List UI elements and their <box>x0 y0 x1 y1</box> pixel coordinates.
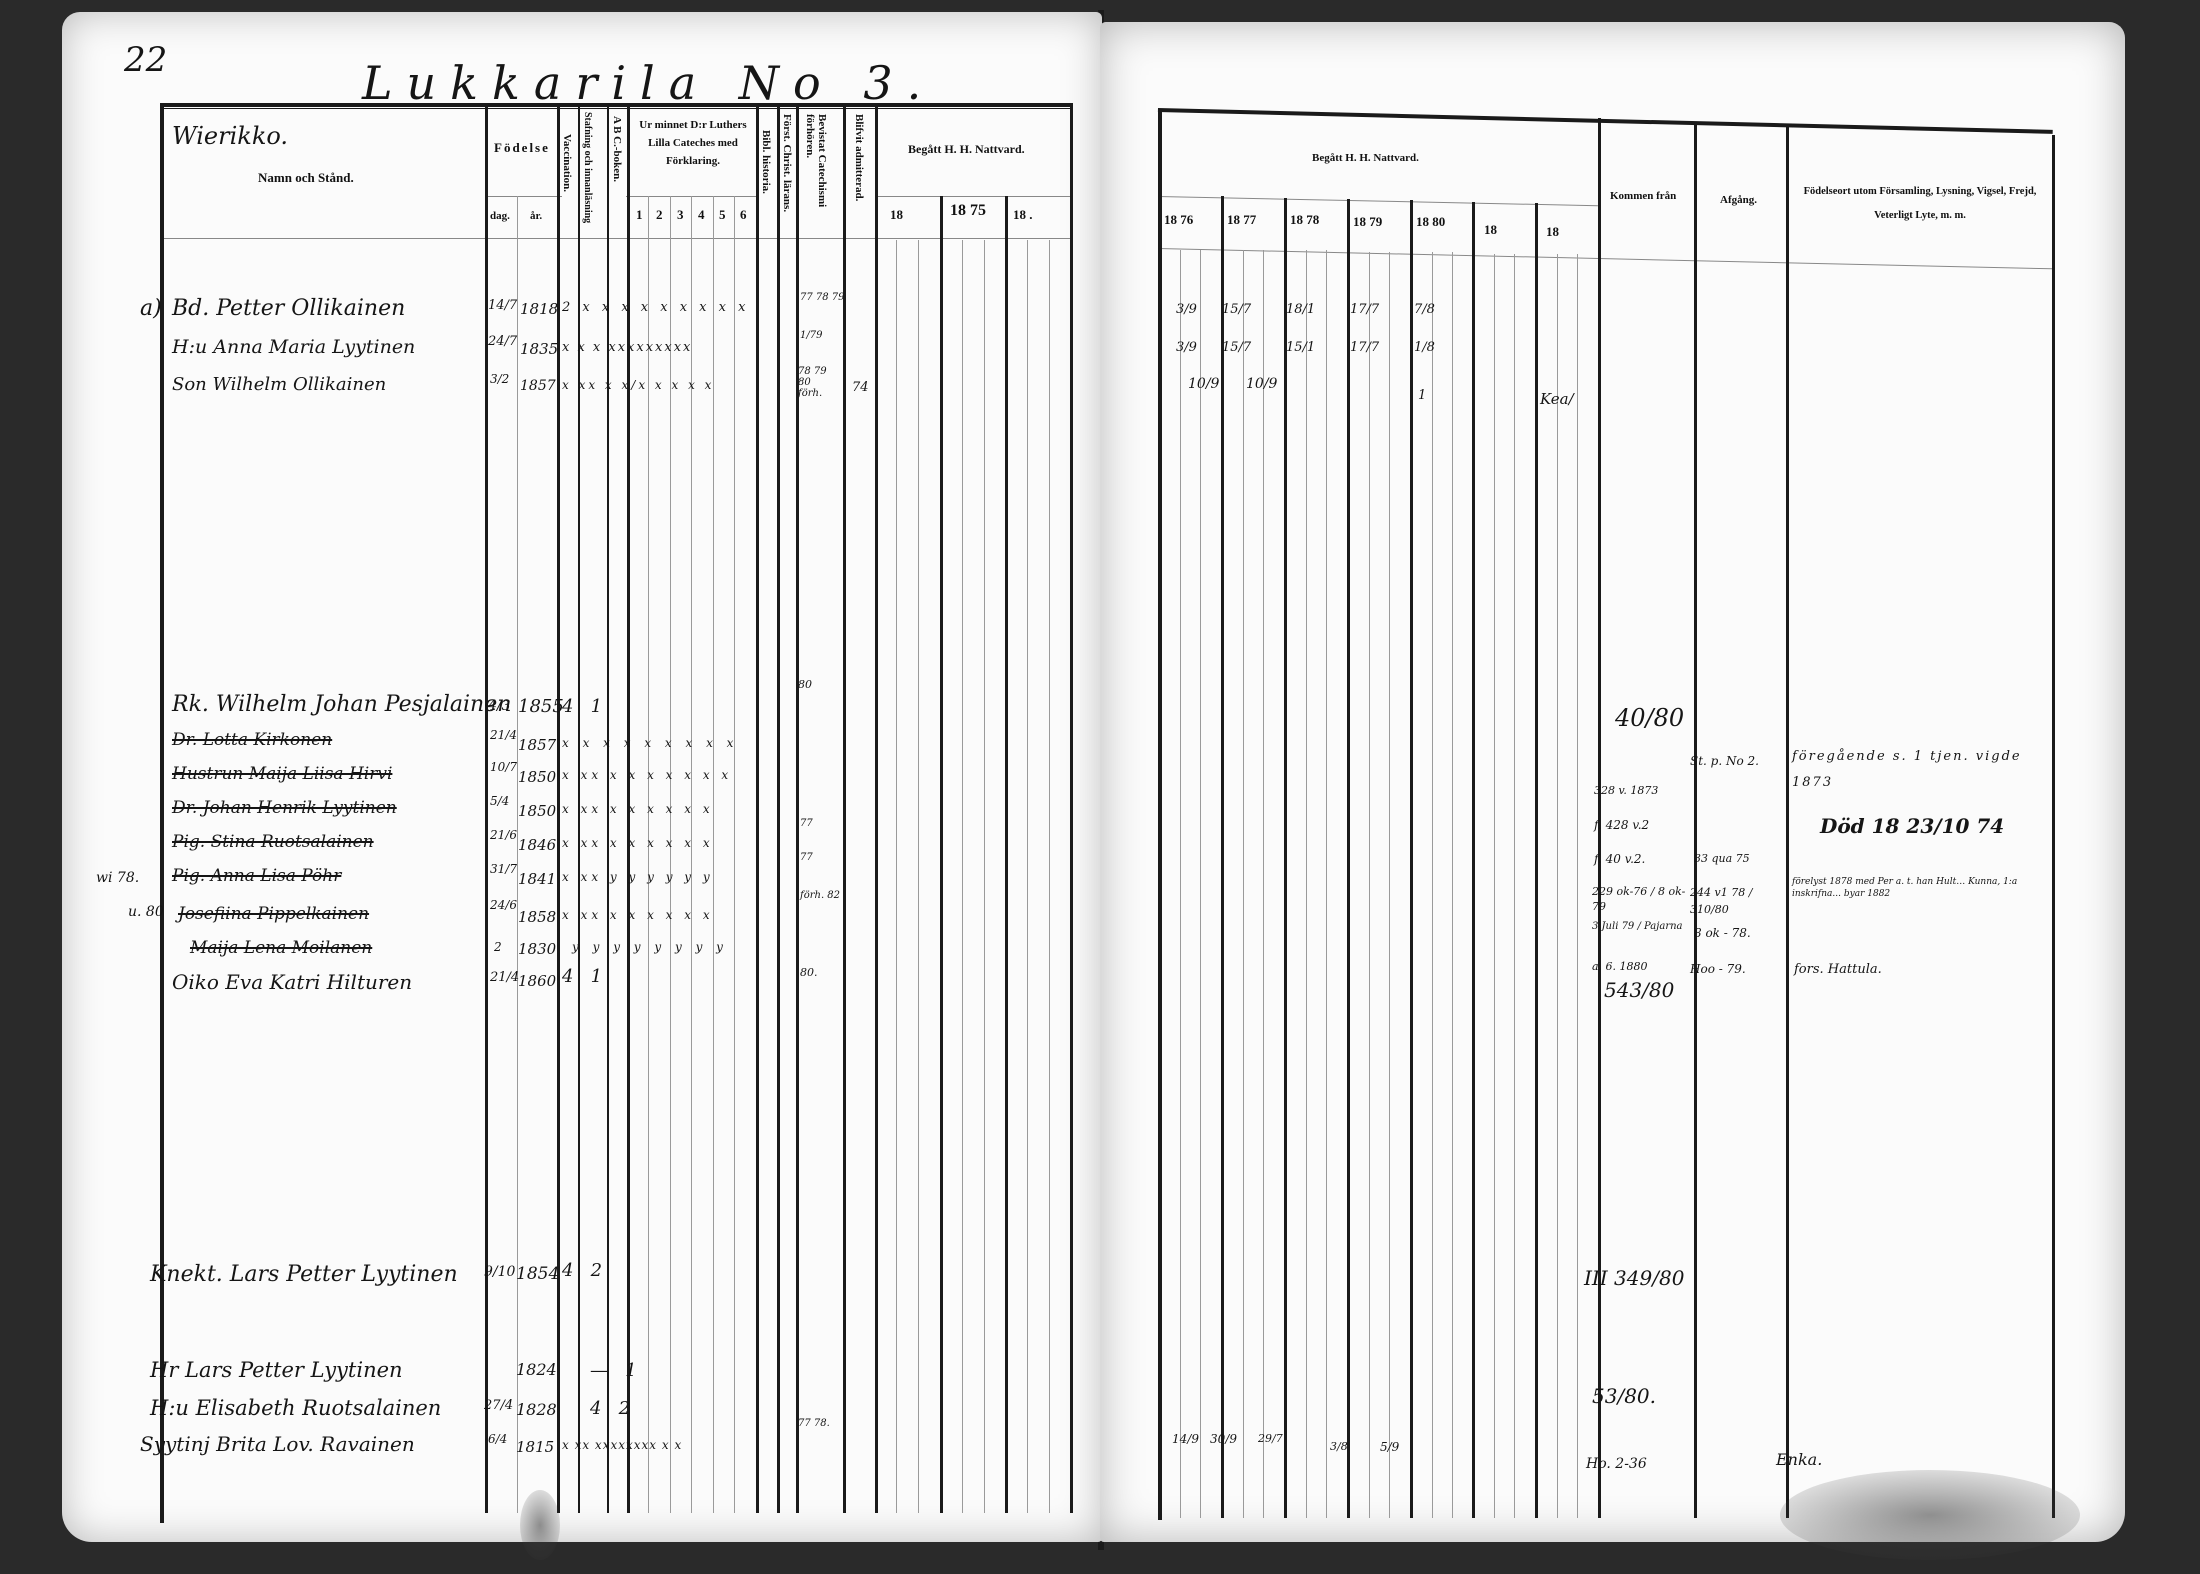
header-cat-col-1: 1 <box>636 207 643 223</box>
right-col-rule <box>1694 122 1697 1518</box>
header-admitted: Blifvit admitterad. <box>853 114 865 201</box>
left-thin-rule <box>648 196 649 1513</box>
left-col-rule <box>796 103 799 1513</box>
header-birth-year: år. <box>530 210 542 222</box>
entry-marks: x x x x x x x x x <box>562 736 738 750</box>
entry-birth-day: 6/4 <box>488 1432 507 1446</box>
right-col-rule <box>2052 135 2055 1518</box>
entry-margin-note: u. 80 <box>128 904 164 920</box>
entry-marks: — 1 <box>590 1360 637 1381</box>
communion-1879: 17/7 <box>1350 302 1379 317</box>
right-thin-rule <box>1306 250 1307 1518</box>
entry-birth-year: 1854 <box>516 1264 559 1284</box>
entry-name-struck: Pig. Anna Lisa Pöhr <box>172 866 341 886</box>
communion-1879: 17/7 <box>1350 340 1379 355</box>
entry-birth-year: 1841 <box>518 870 556 888</box>
right-thin-rule <box>1514 254 1515 1518</box>
right-thin-rule <box>1452 252 1453 1518</box>
entry-bevistat: 80. <box>800 966 818 979</box>
header-birth: Födelse <box>494 140 550 156</box>
entry-remarks: förelyst 1878 med Per a. t. han Hult… Ku… <box>1792 876 2050 900</box>
page-number: 22 <box>124 40 167 80</box>
entry-marks: x x x xxxxxxxxx <box>562 340 692 355</box>
entry-bevistat: 78 79 80 förh. <box>798 366 838 399</box>
entry-came-from: 543/80 <box>1604 978 1674 1002</box>
communion-1878: 15/1 <box>1286 340 1315 355</box>
communion-1877: 15/7 <box>1222 302 1251 317</box>
header-cat-col-2: 2 <box>656 207 663 223</box>
communion-1877: 10/9 <box>1246 376 1277 392</box>
entry-margin-note: a) <box>140 296 162 321</box>
entry-remarks: fors. Hattula. <box>1794 962 1882 977</box>
entry-birth-day: 14/7 <box>488 298 517 313</box>
right-thin-rule <box>1200 250 1201 1518</box>
entry-name-struck: Dr. Johan Henrik Lyytinen <box>172 798 397 818</box>
communion-1878: 18/1 <box>1286 302 1315 317</box>
entry-margin-note: wi 78. <box>96 870 139 886</box>
right-thin-rule <box>1389 252 1390 1518</box>
entry-birth-year: 1815 <box>516 1438 554 1456</box>
communion-1880: 5/9 <box>1380 1440 1399 1454</box>
entry-birth-day: 10/7 <box>490 760 517 774</box>
header-catechism: Ur minnet D:r Luthers Lilla Cateches med… <box>632 116 754 170</box>
left-thin-rule <box>517 196 518 1513</box>
entry-name-struck: Josefiina Pippelkainen <box>178 904 369 924</box>
communion-subheader-rule <box>876 196 1072 197</box>
village-title: Lukkarila No 3. <box>362 56 935 110</box>
entry-birth-year: 1857 <box>518 736 556 754</box>
birth-subheader-rule <box>486 196 562 197</box>
left-col-rule <box>843 103 846 1513</box>
entry-came-from: 53/80. <box>1592 1384 1656 1408</box>
header-vaccination: Vaccination. <box>561 134 573 192</box>
header-cat-col-4: 4 <box>698 207 705 223</box>
left-header-bottom <box>160 238 1072 239</box>
header-came-from: Kommen från <box>1610 190 1676 202</box>
communion-1879: 3/8 <box>1330 1440 1348 1453</box>
right-thin-rule <box>1494 254 1495 1518</box>
left-thin-rule <box>713 196 714 1513</box>
entry-marks: 4 2 <box>562 1260 602 1281</box>
right-col-rule <box>1535 203 1538 1518</box>
entry-birth-year: 1846 <box>518 836 556 854</box>
right-thin-rule <box>1263 250 1264 1518</box>
header-year-1877: 18 77 <box>1227 212 1256 228</box>
right-thin-rule <box>1180 250 1181 1518</box>
entry-name: Oiko Eva Katri Hilturen <box>172 970 412 994</box>
entry-birth-day: 2 <box>494 940 502 954</box>
entry-birth-year: 1824 <box>516 1360 557 1379</box>
communion-1876: 14/9 <box>1172 1432 1199 1446</box>
entry-departure: 8 ok - 78. <box>1694 926 1751 940</box>
header-spelling: Stafning och innanläsning <box>582 112 593 232</box>
entry-bevistat: 1/79 <box>800 330 822 341</box>
left-thin-rule <box>670 196 671 1513</box>
header-birth-day: dag. <box>490 210 510 222</box>
left-col-rule <box>485 103 488 1513</box>
communion-1880: 1/8 <box>1414 340 1435 355</box>
left-col-rule <box>1070 103 1073 1513</box>
entry-bevistat: 77 78. <box>798 1418 830 1429</box>
entry-birth-day: 24/7 <box>488 334 517 349</box>
entry-came-from: f. 40 v.2. <box>1594 852 1645 866</box>
left-thin-rule <box>1049 240 1050 1513</box>
entry-admitted: 74 <box>852 380 869 395</box>
entry-birth-day: 21/4 <box>490 970 519 985</box>
entry-birth-day: 3/2 <box>490 372 509 386</box>
entry-marks: x xx y y y y y y <box>562 870 714 884</box>
communion-1880: 7/8 <box>1414 302 1435 317</box>
entry-came-from: III 349/80 <box>1584 1266 1684 1290</box>
entry-departure: Kea/ <box>1540 390 1574 408</box>
entry-departure: Hoo - 79. <box>1690 962 1746 976</box>
entry-marks: x xx x x x x x x <box>562 802 714 816</box>
header-communion-right: Begått H. H. Nattvard. <box>1312 152 1419 164</box>
left-top-rule-2 <box>160 108 1072 109</box>
header-catechism-hearing: Bevistat Catechismi förhören. <box>804 114 828 234</box>
entry-name-struck: Hustrun Maija Liisa Hirvi <box>172 764 392 784</box>
entry-birth-year: 1850 <box>518 768 556 786</box>
entry-birth-day: 9/10 <box>484 1264 515 1280</box>
header-cat-col-5: 5 <box>719 207 726 223</box>
entry-birth-year: 1850 <box>518 802 556 820</box>
entry-name-struck: Pig. Stina Ruotsalainen <box>172 832 374 852</box>
right-thin-rule <box>1577 254 1578 1518</box>
entry-birth-year: 1860 <box>518 972 556 990</box>
header-year-3: 18 . <box>1013 207 1033 223</box>
entry-bevistat: 77 <box>800 818 813 829</box>
communion-1876: 3/9 <box>1176 302 1197 317</box>
entry-departure: 244 v1 78 / 310/80 <box>1690 884 1782 918</box>
entry-name: H:u Anna Maria Lyytinen <box>172 336 415 358</box>
entry-marks: x xx x x/x x x x x <box>562 378 714 392</box>
entry-came-from: 3 Juli 79 / Pajarna <box>1592 920 1688 934</box>
entry-marks: y y y y y y y y <box>572 940 728 954</box>
communion-1878: 29/7 <box>1258 1432 1283 1445</box>
left-thin-rule <box>896 240 897 1513</box>
entry-came-from: 328 v. 1873 <box>1594 784 1658 797</box>
left-col-rule <box>940 196 943 1513</box>
communion-1880: 1 <box>1418 388 1426 403</box>
right-col-rule <box>1472 202 1475 1518</box>
right-thin-rule <box>1432 252 1433 1518</box>
right-col-rule <box>1410 200 1413 1518</box>
entry-marks: 4 1 <box>562 966 602 987</box>
entry-name: Knekt. Lars Petter Lyytinen <box>150 1262 458 1287</box>
entry-departure: St. p. No 2. <box>1690 754 1759 768</box>
header-remarks: Födelseort utom Församling, Lysning, Vig… <box>1792 180 2048 228</box>
left-thin-rule <box>984 240 985 1513</box>
left-thin-rule <box>1027 240 1028 1513</box>
communion-1876: 10/9 <box>1188 376 1219 392</box>
entry-came-from: Ho. 2-36 <box>1586 1456 1647 1472</box>
right-thin-rule <box>1326 250 1327 1518</box>
entry-name-struck: Maija Lena Moilanen <box>190 938 372 958</box>
header-name-and-status: Namn och Stånd. <box>258 170 354 186</box>
entry-marks: 4 1 <box>562 696 602 717</box>
header-year-1878: 18 78 <box>1290 212 1319 228</box>
entry-birth-year: 1828 <box>516 1400 557 1419</box>
entry-marks: 4 2 <box>590 1398 630 1419</box>
left-col-rule <box>777 103 780 1513</box>
entry-birth-year: 1857 <box>520 378 556 394</box>
entry-birth-day: 21/6 <box>490 828 517 842</box>
communion-1876: 3/9 <box>1176 340 1197 355</box>
right-thin-rule <box>1243 250 1244 1518</box>
header-year-1879: 18 79 <box>1353 214 1382 230</box>
entry-marks: x xx xxxxxxxx x x <box>562 1438 682 1452</box>
header-christian-doctrine: Först. Christ. lärans. <box>781 114 793 212</box>
header-year-1875: 18 75 <box>950 202 986 220</box>
left-col-rule <box>875 103 878 1513</box>
entry-remarks: Enka. <box>1776 1450 1822 1469</box>
entry-name: Syytinj Brita Lov. Ravainen <box>140 1432 415 1456</box>
left-col-rule <box>1005 196 1008 1513</box>
entry-came-from: f. 428 v.2 <box>1594 818 1649 832</box>
right-col-rule <box>1786 126 1789 1518</box>
left-thin-rule <box>918 240 919 1513</box>
entry-came-from: a. 6. 1880 <box>1592 960 1648 973</box>
communion-1877: 30/9 <box>1210 1432 1237 1446</box>
entry-birth-day: 27/4 <box>484 1398 513 1413</box>
scan-smudge <box>520 1490 560 1560</box>
entry-name-struck: Dr. Lotta Kirkonen <box>172 730 332 750</box>
header-communion-left: Begått H. H. Nattvard. <box>908 142 1025 157</box>
entry-birth-day: 21/4 <box>490 728 517 742</box>
village-note: Wierikko. <box>172 122 288 150</box>
header-departure: Afgång. <box>1720 194 1757 206</box>
right-thin-rule <box>1369 252 1370 1518</box>
left-thin-rule <box>962 240 963 1513</box>
entry-birth-year: 1835 <box>520 340 558 358</box>
entry-birth-year: 1818 <box>520 300 558 318</box>
left-thin-rule <box>734 196 735 1513</box>
header-bible-history: Bibl. historia. <box>760 130 772 194</box>
entry-departure: 33 qua 75 <box>1694 852 1750 865</box>
entry-name: H:u Elisabeth Ruotsalainen <box>150 1396 441 1420</box>
entry-bevistat: förh. 82 <box>800 890 840 901</box>
header-year-blank-1: 18 <box>1484 222 1497 238</box>
right-col-rule <box>1158 110 1162 1520</box>
entry-bevistat: 80 <box>798 678 812 691</box>
header-year-1880: 18 80 <box>1416 214 1445 230</box>
entry-birth-day: 4/3 <box>488 698 511 714</box>
left-top-rule <box>160 103 1072 107</box>
entry-marks: x xx x x x x x x <box>562 836 714 850</box>
right-col-rule <box>1221 196 1224 1518</box>
entry-name: Son Wilhelm Ollikainen <box>172 374 386 395</box>
right-col-rule <box>1347 199 1350 1518</box>
entry-name: Hr Lars Petter Lyytinen <box>150 1358 403 1382</box>
scan-smudge <box>1780 1470 2080 1560</box>
entry-came-from: 40/80 <box>1615 704 1684 732</box>
right-thin-rule <box>1557 254 1558 1518</box>
entry-name: Bd. Petter Ollikainen <box>172 296 405 321</box>
header-cat-col-6: 6 <box>740 207 747 223</box>
entry-marks: x xx x x x x x x x <box>562 768 732 782</box>
entry-birth-day: 5/4 <box>490 794 509 808</box>
left-col-rule <box>756 103 759 1513</box>
entry-came-from: 229 ok-76 / 8 ok-79 <box>1592 884 1688 914</box>
header-abc-book: A B C.-boken. <box>611 116 623 182</box>
entry-birth-day: 24/6 <box>490 898 517 912</box>
header-cat-col-3: 3 <box>677 207 684 223</box>
entry-marks: 2 x x x x x x x x x <box>562 300 749 315</box>
entry-marks: x xx x x x x x x <box>562 908 714 922</box>
entry-birth-year: 1830 <box>518 940 556 958</box>
entry-remarks: Död 18 23/10 74 <box>1820 814 2004 838</box>
header-year-1: 18 <box>890 207 903 223</box>
entry-bevistat: 77 78 79 <box>800 292 845 303</box>
communion-1877: 15/7 <box>1222 340 1251 355</box>
header-year-blank-2: 18 <box>1546 224 1559 240</box>
right-col-rule <box>1284 198 1287 1518</box>
entry-birth-year: 1855 <box>518 696 564 717</box>
left-thin-rule <box>691 196 692 1513</box>
header-year-1876: 18 76 <box>1164 212 1193 228</box>
entry-bevistat: 77 <box>800 852 813 863</box>
entry-birth-day: 31/7 <box>490 862 517 876</box>
entry-name: Rk. Wilhelm Johan Pesjalainen <box>172 692 511 717</box>
entry-birth-year: 1858 <box>518 908 556 926</box>
entry-remarks: föregående s. 1 tjen. vigde 1873 <box>1792 744 2042 796</box>
